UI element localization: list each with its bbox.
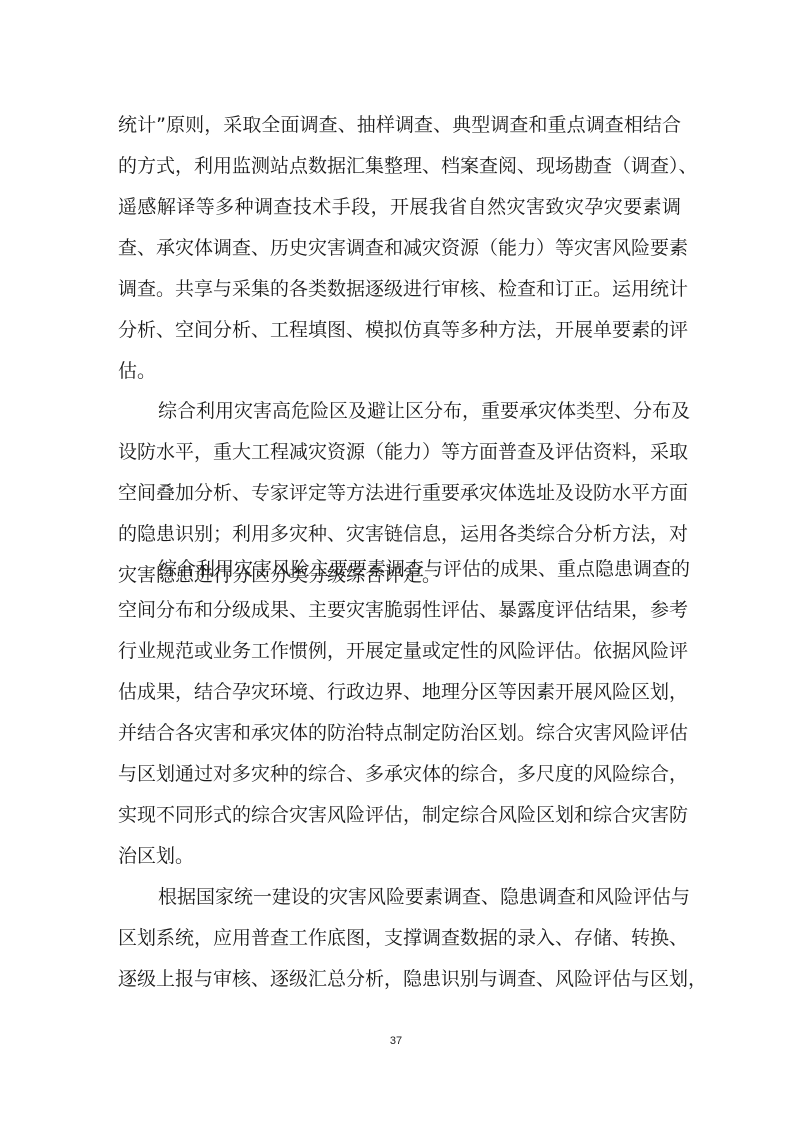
text-line: 统计”原则，采取全面调查、抽样调查、典型调查和重点调查相结合	[118, 110, 681, 140]
page-number: 37	[376, 1035, 416, 1047]
document-page: 统计”原则，采取全面调查、抽样调查、典型调查和重点调查相结合 的方式，利用监测站…	[0, 0, 793, 1122]
text-line: 实现不同形式的综合灾害风险评估，制定综合风险区划和综合灾害防	[118, 800, 681, 830]
paragraph-first-line: 根据国家统一建设的灾害风险要素调查、隐患调查和风险评估与	[158, 882, 681, 912]
text-line: 估。	[118, 356, 681, 386]
text-line: 设防水平，重大工程减灾资源（能力）等方面普查及评估资料，采取	[118, 437, 681, 467]
text-line: 空间分布和分级成果、主要灾害脆弱性评估、暴露度评估结果，参考	[118, 595, 681, 625]
text-line: 的方式，利用监测站点数据汇集整理、档案查阅、现场勘查（调查）、	[118, 151, 681, 181]
text-line: 行业规范或业务工作惯例，开展定量或定性的风险评估。依据风险评	[118, 636, 681, 666]
text-line: 逐级上报与审核、逐级汇总分析，隐患识别与调查、风险评估与区划，	[118, 964, 681, 994]
text-line: 估成果，结合孕灾环境、行政边界、地理分区等因素开展风险区划，	[118, 677, 681, 707]
text-line: 分析、空间分析、工程填图、模拟仿真等多种方法，开展单要素的评	[118, 315, 681, 345]
text-line: 查、承灾体调查、历史灾害调查和减灾资源（能力）等灾害风险要素	[118, 233, 681, 263]
text-line: 并结合各灾害和承灾体的防治特点制定防治区划。综合灾害风险评估	[118, 718, 681, 748]
text-line: 调查。共享与采集的各类数据逐级进行审核、检查和订正。运用统计	[118, 274, 681, 304]
text-line: 治区划。	[118, 841, 681, 871]
paragraph-first-line: 综合利用灾害高危险区及避让区分布，重要承灾体类型、分布及	[158, 396, 681, 426]
text-line: 的隐患识别；利用多灾种、灾害链信息，运用各类综合分析方法，对	[118, 519, 681, 549]
paragraph-first-line: 综合利用灾害风险主要要素调查与评估的成果、重点隐患调查的	[158, 554, 681, 584]
text-line: 空间叠加分析、专家评定等方法进行重要承灾体选址及设防水平方面	[118, 478, 681, 508]
text-line: 与区划通过对多灾种的综合、多承灾体的综合，多尺度的风险综合，	[118, 759, 681, 789]
text-line: 遥感解译等多种调查技术手段，开展我省自然灾害致灾孕灾要素调	[118, 192, 681, 222]
text-line: 区划系统，应用普查工作底图，支撑调查数据的录入、存储、转换、	[118, 923, 681, 953]
